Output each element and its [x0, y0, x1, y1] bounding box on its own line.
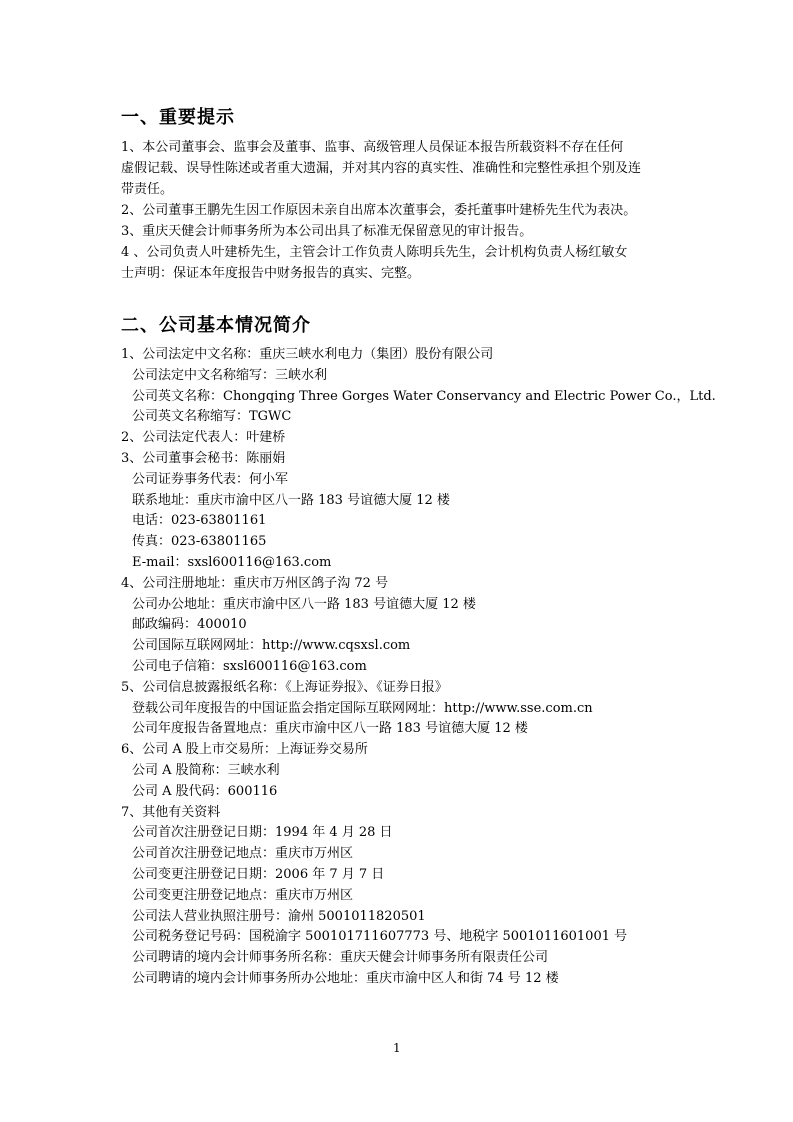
text-line: 4 、公司负责人叶建桥先生，主管会计工作负责人陈明兵先生，会计机构负责人杨红敏女: [121, 242, 681, 263]
section-heading-important-notice: 一、重要提示: [121, 107, 235, 129]
info-row-board-secretary: 3、公司董事会秘书：陈丽娟: [121, 449, 681, 470]
text-line: 带责任。: [121, 179, 681, 200]
text-line: 1、本公司董事会、监事会及董事、监事、高级管理人员保证本报告所载资料不存在任何: [121, 137, 681, 158]
info-row-a-share-name: 公司 A 股简称：三峡水利: [121, 761, 681, 782]
document-page: 一、重要提示 1、本公司董事会、监事会及董事、监事、高级管理人员保证本报告所载资…: [0, 0, 793, 1122]
info-row-business-license: 公司法人营业执照注册号：渝州 5001011820501: [121, 907, 681, 928]
info-row-first-registration-date: 公司首次注册登记日期：1994 年 4 月 28 日: [121, 823, 681, 844]
info-row-legal-representative: 2、公司法定代表人：叶建桥: [121, 428, 681, 449]
notice-paragraph-3: 3、重庆天健会计师事务所为本公司出具了标准无保留意见的审计报告。: [121, 221, 681, 242]
info-row-office-address: 公司办公地址：重庆市渝中区八一路 183 号谊德大厦 12 楼: [121, 595, 681, 616]
info-row-report-location: 公司年度报告备置地点：重庆市渝中区八一路 183 号谊德大厦 12 楼: [121, 719, 681, 740]
info-row-first-registration-place: 公司首次注册登记地点：重庆市万州区: [121, 844, 681, 865]
section-heading-company-profile: 二、公司基本情况简介: [121, 315, 311, 337]
info-row-disclosure-newspapers: 5、公司信息披露报纸名称：《上海证券报》、《证券日报》: [121, 678, 681, 699]
notice-paragraph-4: 4 、公司负责人叶建桥先生，主管会计工作负责人陈明兵先生，会计机构负责人杨红敏女…: [121, 242, 681, 284]
page-number: 1: [393, 1041, 401, 1055]
info-row-change-registration-date: 公司变更注册登记日期：2006 年 7 月 7 日: [121, 865, 681, 886]
info-row-english-abbr: 公司英文名称缩写：TGWC: [121, 407, 681, 428]
notice-paragraph-1: 1、本公司董事会、监事会及董事、监事、高级管理人员保证本报告所载资料不存在任何 …: [121, 137, 681, 200]
info-row-email: E-mail：sxsl600116@163.com: [121, 553, 681, 574]
text-line: 士声明：保证本年度报告中财务报告的真实、完整。: [121, 263, 681, 284]
info-row-securities-representative: 公司证券事务代表：何小军: [121, 470, 681, 491]
info-row-chinese-abbr: 公司法定中文名称缩写：三峡水利: [121, 366, 681, 387]
info-row-other-info: 7、其他有关资料: [121, 803, 681, 824]
info-row-a-share-code: 公司 A 股代码：600116: [121, 782, 681, 803]
info-row-fax: 传真：023-63801165: [121, 532, 681, 553]
info-row-change-registration-place: 公司变更注册登记地点：重庆市万州区: [121, 886, 681, 907]
info-row-english-name: 公司英文名称：Chongqing Three Gorges Water Cons…: [121, 387, 681, 408]
info-row-contact-address: 联系地址：重庆市渝中区八一路 183 号谊德大厦 12 楼: [121, 491, 681, 512]
text-line: 2、公司董事王鹏先生因工作原因未亲自出席本次董事会，委托董事叶建桥先生代为表决。: [121, 200, 681, 221]
info-row-accounting-firm-name: 公司聘请的境内会计师事务所名称：重庆天健会计师事务所有限责任公司: [121, 948, 681, 969]
info-row-tax-registration: 公司税务登记号码：国税渝字 500101711607773 号、地税字 5001…: [121, 927, 681, 948]
info-row-postal-code: 邮政编码：400010: [121, 615, 681, 636]
text-line: 虚假记载、误导性陈述或者重大遗漏，并对其内容的真实性、准确性和完整性承担个别及连: [121, 158, 681, 179]
info-row-phone: 电话：023-63801161: [121, 511, 681, 532]
info-row-website: 公司国际互联网网址：http://www.cqsxsl.com: [121, 636, 681, 657]
company-info-list: 1、公司法定中文名称：重庆三峡水利电力（集团）股份有限公司 公司法定中文名称缩写…: [121, 345, 681, 990]
info-row-csrc-website: 登载公司年度报告的中国证监会指定国际互联网网址：http://www.sse.c…: [121, 699, 681, 720]
info-row-company-email: 公司电子信箱：sxsl600116@163.com: [121, 657, 681, 678]
text-line: 3、重庆天健会计师事务所为本公司出具了标准无保留意见的审计报告。: [121, 221, 681, 242]
info-row-accounting-firm-address: 公司聘请的境内会计师事务所办公地址：重庆市渝中区人和街 74 号 12 楼: [121, 969, 681, 990]
info-row-legal-chinese-name: 1、公司法定中文名称：重庆三峡水利电力（集团）股份有限公司: [121, 345, 681, 366]
notice-paragraph-2: 2、公司董事王鹏先生因工作原因未亲自出席本次董事会，委托董事叶建桥先生代为表决。: [121, 200, 681, 221]
info-row-stock-exchange: 6、公司 A 股上市交易所：上海证券交易所: [121, 740, 681, 761]
info-row-registered-address: 4、公司注册地址：重庆市万州区鸽子沟 72 号: [121, 574, 681, 595]
